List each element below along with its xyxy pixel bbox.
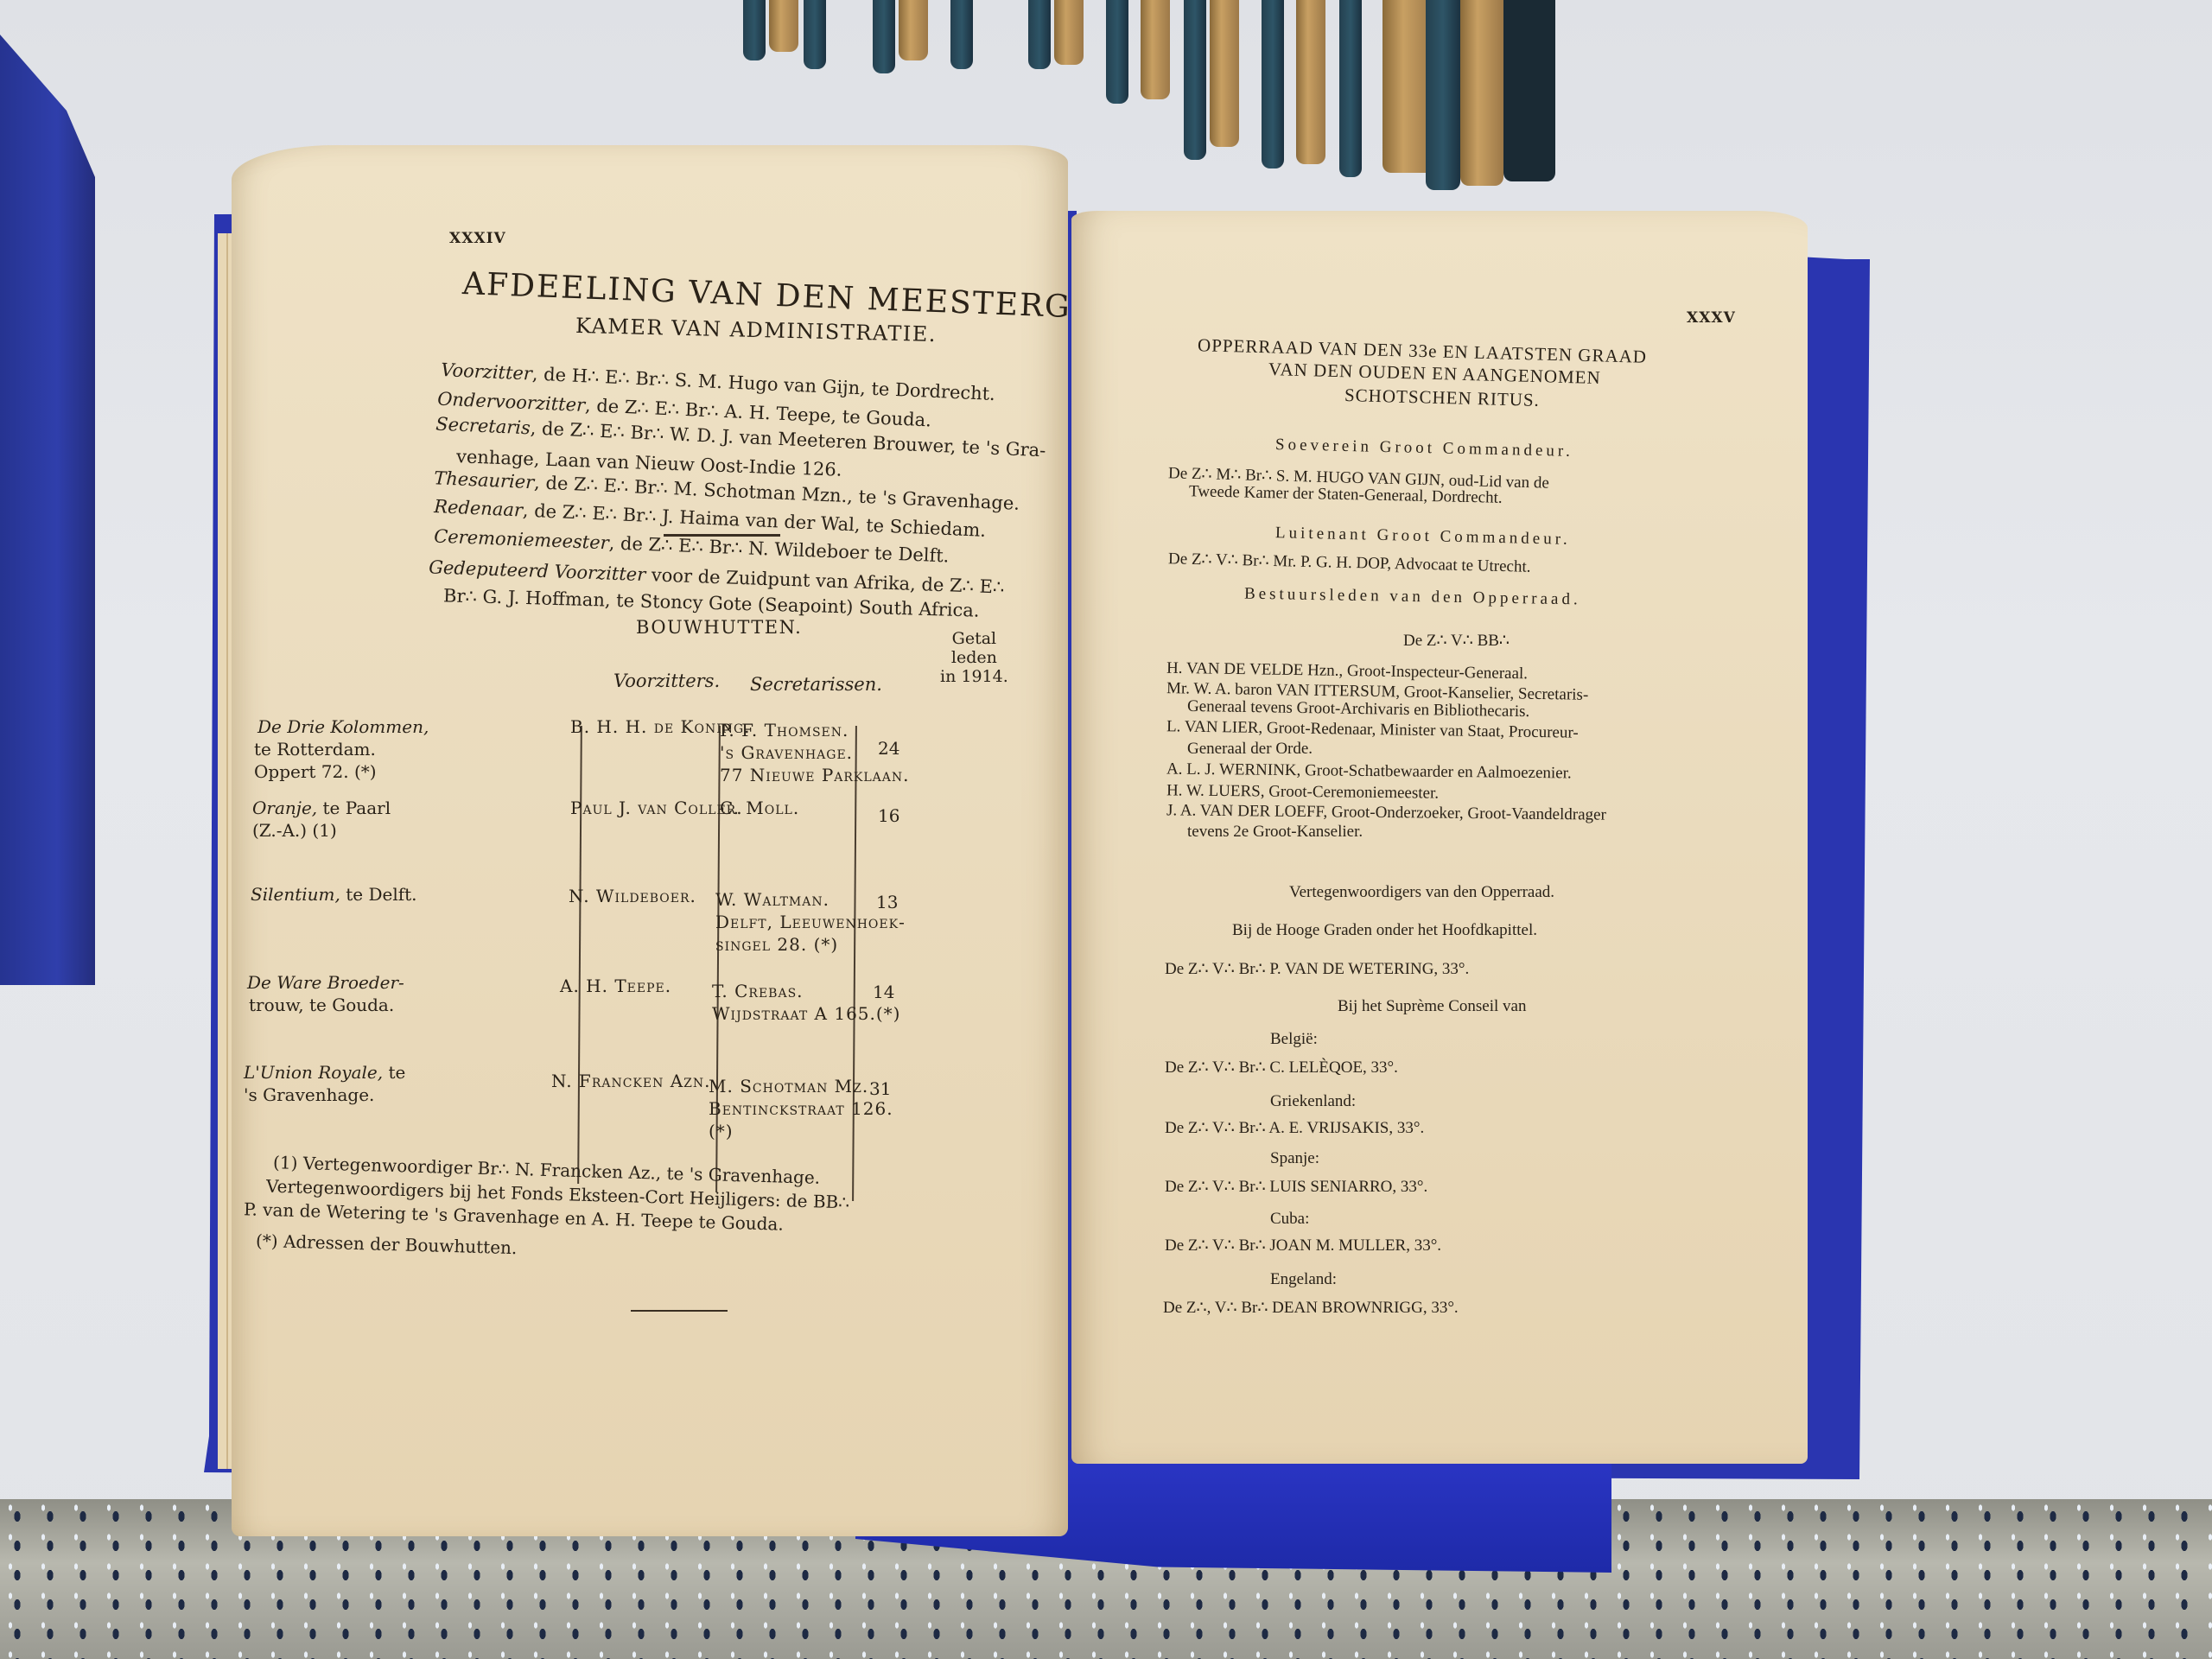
- section-heading-bouwhutten: BOUWHUTTEN.: [636, 617, 802, 638]
- heading-sovereign: Soeverein Groot Commandeur.: [1275, 435, 1573, 461]
- page-number-right: XXXV: [1687, 309, 1736, 327]
- country-label: Cuba:: [1270, 1210, 1309, 1229]
- country-label: België:: [1270, 1030, 1318, 1049]
- member-count: 14: [873, 982, 894, 1002]
- country-rep-line: De Z∴ V∴ Br∴ A. E. VRIJSAKIS, 33°.: [1165, 1118, 1424, 1138]
- heading-supreme-council: Bij het Suprème Conseil van: [1338, 997, 1526, 1016]
- lodge-president: Paul J. van Coller.: [570, 797, 743, 819]
- page-subtitle-left: KAMER VAN ADMINISTRATIE.: [575, 314, 938, 346]
- column-header-presidents: Voorzitters.: [613, 671, 720, 691]
- lodge-name: De Ware Broeder-: [247, 971, 404, 994]
- member-count: 24: [878, 738, 899, 759]
- lodge-president: A. H. Teepe.: [560, 975, 671, 997]
- board-salutation: De Z∴ V∴ BB∴: [1403, 631, 1510, 651]
- heading-lieutenant: Luitenant Groot Commandeur.: [1275, 524, 1571, 550]
- lodge-name: De Drie Kolommen,: [257, 716, 429, 737]
- board-member: Generaal der Orde.: [1187, 740, 1313, 759]
- board-member: tevens 2e Groot-Kanselier.: [1187, 823, 1363, 842]
- background-blue-book: [0, 35, 95, 985]
- left-page: XXXIV AFDEELING VAN DEN MEESTERGRAAD. KA…: [232, 145, 1068, 1536]
- column-separator: [577, 726, 582, 1184]
- end-rule: [631, 1310, 728, 1312]
- page-number-left: XXXIV: [449, 230, 506, 247]
- lodge-place: te Rotterdam. Oppert 72. (*): [254, 738, 377, 783]
- heading-representatives: Vertegenwoordigers van den Opperraad.: [1289, 883, 1554, 902]
- country-label: Spanje:: [1270, 1149, 1319, 1168]
- page-title-right-line-3: SCHOTSCHEN RITUS.: [1344, 385, 1540, 411]
- divider-rule: [664, 534, 780, 537]
- column-header-secretaries: Secretarissen.: [750, 674, 882, 695]
- country-rep-line: De Z∴ V∴ Br∴ LUIS SENIARRO, 33°.: [1165, 1177, 1427, 1197]
- lodge-name: Oranje,: [252, 798, 317, 818]
- lodge-place: te Delft.: [340, 884, 417, 905]
- country-rep-line: De Z∴ V∴ Br∴ JOAN M. MULLER, 33°.: [1165, 1236, 1441, 1255]
- lodge-president: N. Francken Azn.: [551, 1070, 711, 1092]
- lieutenant-line: De Z∴ V∴ Br∴ Mr. P. G. H. DOP, Advocaat …: [1168, 549, 1531, 577]
- board-member: H. W. LUERS, Groot-Ceremoniemeester.: [1166, 781, 1439, 803]
- lodge-secretary: C. Moll.: [720, 797, 799, 819]
- country-rep-line: De Z∴, V∴ Br∴ DEAN BROWNRIGG, 33°.: [1163, 1298, 1459, 1318]
- board-member: A. L. J. WERNINK, Groot-Schatbewaarder e…: [1166, 760, 1572, 784]
- country-rep-line: De Z∴ V∴ Br∴ C. LELÈQOE, 33°.: [1165, 1058, 1398, 1077]
- board-member: J. A. VAN DER LOEFF, Groot-Onderzoeker, …: [1166, 801, 1606, 824]
- lodge-place: trouw, te Gouda.: [249, 994, 394, 1016]
- lodge-president: N. Wildeboer.: [569, 885, 696, 907]
- lodge-name: Silentium,: [251, 884, 340, 905]
- country-label: Engeland:: [1270, 1270, 1337, 1289]
- member-count: 31: [869, 1078, 891, 1099]
- member-count: 13: [876, 892, 898, 912]
- member-count: 16: [878, 805, 899, 826]
- heading-board: Bestuursleden van den Opperraad.: [1244, 585, 1581, 610]
- heading-high-degrees: Bij de Hooge Graden onder het Hoofdkapit…: [1232, 921, 1537, 940]
- high-degrees-line: De Z∴ V∴ Br∴ P. VAN DE WETERING, 33°.: [1165, 959, 1469, 979]
- country-label: Griekenland:: [1270, 1092, 1356, 1111]
- lodge-secretary: M. Schotman Mz. Bentinckstraat 126. (*): [709, 1075, 893, 1142]
- lodge-name: L'Union Royale,: [244, 1062, 383, 1083]
- right-page: XXXV OPPERRAAD VAN DEN 33e EN LAATSTEN G…: [1071, 211, 1808, 1464]
- footnote: (*) Adressen der Bouwhutten.: [256, 1230, 518, 1258]
- column-header-members: Getal leden in 1914.: [940, 629, 1008, 686]
